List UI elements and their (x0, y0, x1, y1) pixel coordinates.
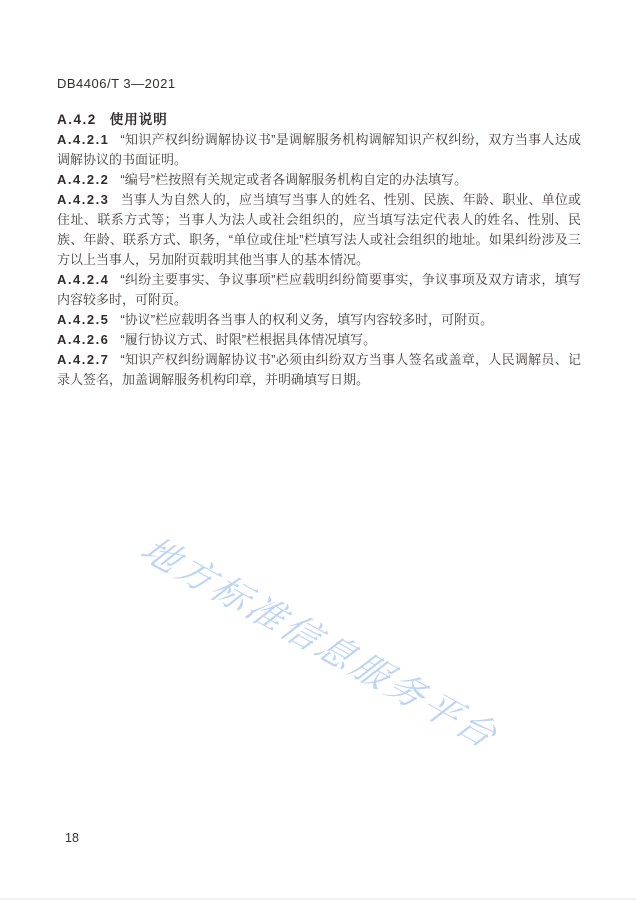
section-title: 使用说明 (110, 112, 168, 127)
clause-number: A.4.2.5 (57, 312, 109, 327)
clause: A.4.2.5“协议”栏应载明各当事人的权利义务，填写内容较多时，可附页。 (57, 310, 581, 330)
clause-number: A.4.2.1 (57, 132, 109, 147)
clause-text: 当事人为自然人的，应当填写当事人的姓名、性别、民族、年龄、职业、单位或住址、联系… (57, 192, 581, 267)
section-heading: A.4.2使用说明 (57, 108, 168, 128)
standard-number-header: DB4406/T 3—2021 (57, 76, 176, 91)
clause: A.4.2.2“编号”栏按照有关规定或者各调解服务机构自定的办法填写。 (57, 170, 581, 190)
platform-watermark: 地方标准信息服务平台 (130, 524, 512, 758)
clause: A.4.2.7“知识产权纠纷调解协议书”必须由纠纷双方当事人签名或盖章，人民调解… (57, 350, 581, 390)
section-number: A.4.2 (57, 112, 97, 127)
clause-text: “纠纷主要事实、争议事项”栏应载明纠纷简要事实，争议事项及双方请求，填写内容较多… (57, 272, 581, 307)
clause-text: “履行协议方式、时限”栏根据具体情况填写。 (120, 332, 376, 347)
clause: A.4.2.4“纠纷主要事实、争议事项”栏应载明纠纷简要事实，争议事项及双方请求… (57, 270, 581, 310)
clause: A.4.2.6“履行协议方式、时限”栏根据具体情况填写。 (57, 330, 581, 350)
clause: A.4.2.3当事人为自然人的，应当填写当事人的姓名、性别、民族、年龄、职业、单… (57, 190, 581, 270)
clause-number: A.4.2.2 (57, 172, 109, 187)
clause-text: “知识产权纠纷调解协议书”是调解服务机构调解知识产权纠纷，双方当事人达成调解协议… (57, 132, 581, 167)
clause-number: A.4.2.4 (57, 272, 109, 287)
clause-number: A.4.2.6 (57, 332, 109, 347)
clause-text: “协议”栏应载明各当事人的权利义务，填写内容较多时，可附页。 (120, 312, 493, 327)
clause-number: A.4.2.3 (57, 192, 109, 207)
clause-number: A.4.2.7 (57, 352, 109, 367)
clause-text: “知识产权纠纷调解协议书”必须由纠纷双方当事人签名或盖章，人民调解员、记录人签名… (57, 352, 581, 387)
clause: A.4.2.1“知识产权纠纷调解协议书”是调解服务机构调解知识产权纠纷，双方当事… (57, 130, 581, 170)
clauses-block: A.4.2.1“知识产权纠纷调解协议书”是调解服务机构调解知识产权纠纷，双方当事… (57, 130, 581, 390)
clause-text: “编号”栏按照有关规定或者各调解服务机构自定的办法填写。 (120, 172, 467, 187)
page-number: 18 (65, 831, 79, 845)
document-page: DB4406/T 3—2021 A.4.2使用说明 A.4.2.1“知识产权纠纷… (0, 0, 636, 900)
